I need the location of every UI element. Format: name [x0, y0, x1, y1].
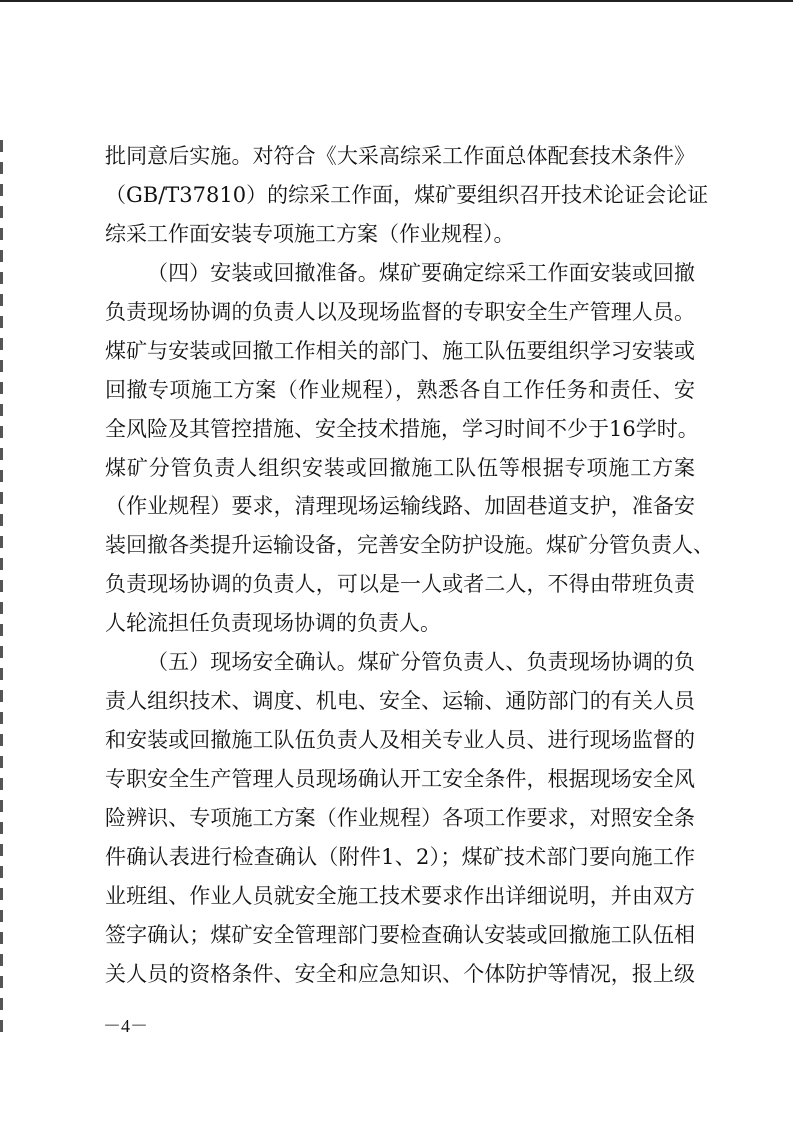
text-line: （GB/T37810）的综采工作面，煤矿要组织召开技术论证会论证 — [105, 176, 695, 215]
paragraph-continued: 批同意后实施。对符合《大采高综采工作面总体配套技术条件》 （GB/T37810）… — [105, 137, 695, 254]
text-line: 关人员的资格条件、安全和应急知识、个体防护等情况，报上级 — [105, 955, 695, 994]
text-line: 综采工作面安装专项施工方案（作业规程）。 — [105, 215, 695, 254]
text-line: 全风险及其管控措施、安全技术措施，学习时间不少于16学时。 — [105, 410, 695, 449]
text-line: 负责现场协调的负责人，可以是一人或者二人，不得由带班负责 — [105, 565, 695, 604]
section-heading-line: （五）现场安全确认。煤矿分管负责人、负责现场协调的负 — [105, 643, 695, 682]
text-line: 和安装或回撤施工队伍负责人及相关专业人员、进行现场监督的 — [105, 721, 695, 760]
text-line: 批同意后实施。对符合《大采高综采工作面总体配套技术条件》 — [105, 137, 695, 176]
text-line: 专职安全生产管理人员现场确认开工安全条件，根据现场安全风 — [105, 760, 695, 799]
paragraph-section-5: （五）现场安全确认。煤矿分管负责人、负责现场协调的负 责人组织技术、调度、机电、… — [105, 643, 695, 993]
text-line: 责人组织技术、调度、机电、安全、运输、通防部门的有关人员 — [105, 682, 695, 721]
text-line: 业班组、作业人员就安全施工技术要求作出详细说明，并由双方 — [105, 877, 695, 916]
text-line: 件确认表进行检查确认（附件1、2）；煤矿技术部门要向施工作 — [105, 838, 695, 877]
paragraph-section-4: （四）安装或回撤准备。煤矿要确定综采工作面安装或回撤 负责现场协调的负责人以及现… — [105, 254, 695, 643]
section-heading-line: （四）安装或回撤准备。煤矿要确定综采工作面安装或回撤 — [105, 254, 695, 293]
scan-top-edge — [0, 0, 793, 2]
text-line: 人轮流担任负责现场协调的负责人。 — [105, 604, 695, 643]
text-line: 险辨识、专项施工方案（作业规程）各项工作要求，对照安全条 — [105, 799, 695, 838]
text-line: 煤矿分管负责人组织安装或回撤施工队伍等根据专项施工方案 — [105, 449, 695, 488]
text-line: 负责现场协调的负责人以及现场监督的专职安全生产管理人员。 — [105, 293, 695, 332]
text-line: 装回撤各类提升运输设备，完善安全防护设施。煤矿分管负责人、 — [105, 526, 695, 565]
text-line: 签字确认；煤矿安全管理部门要检查确认安装或回撤施工队伍相 — [105, 916, 695, 955]
page-number: －4－ — [103, 1012, 148, 1038]
document-body: 批同意后实施。对符合《大采高综采工作面总体配套技术条件》 （GB/T37810）… — [105, 137, 695, 994]
binding-dashed-line — [0, 140, 3, 1040]
text-line: 煤矿与安装或回撤工作相关的部门、施工队伍要组织学习安装或 — [105, 332, 695, 371]
text-line: 回撤专项施工方案（作业规程），熟悉各自工作任务和责任、安 — [105, 371, 695, 410]
text-line: （作业规程）要求，清理现场运输线路、加固巷道支护，准备安 — [105, 487, 695, 526]
